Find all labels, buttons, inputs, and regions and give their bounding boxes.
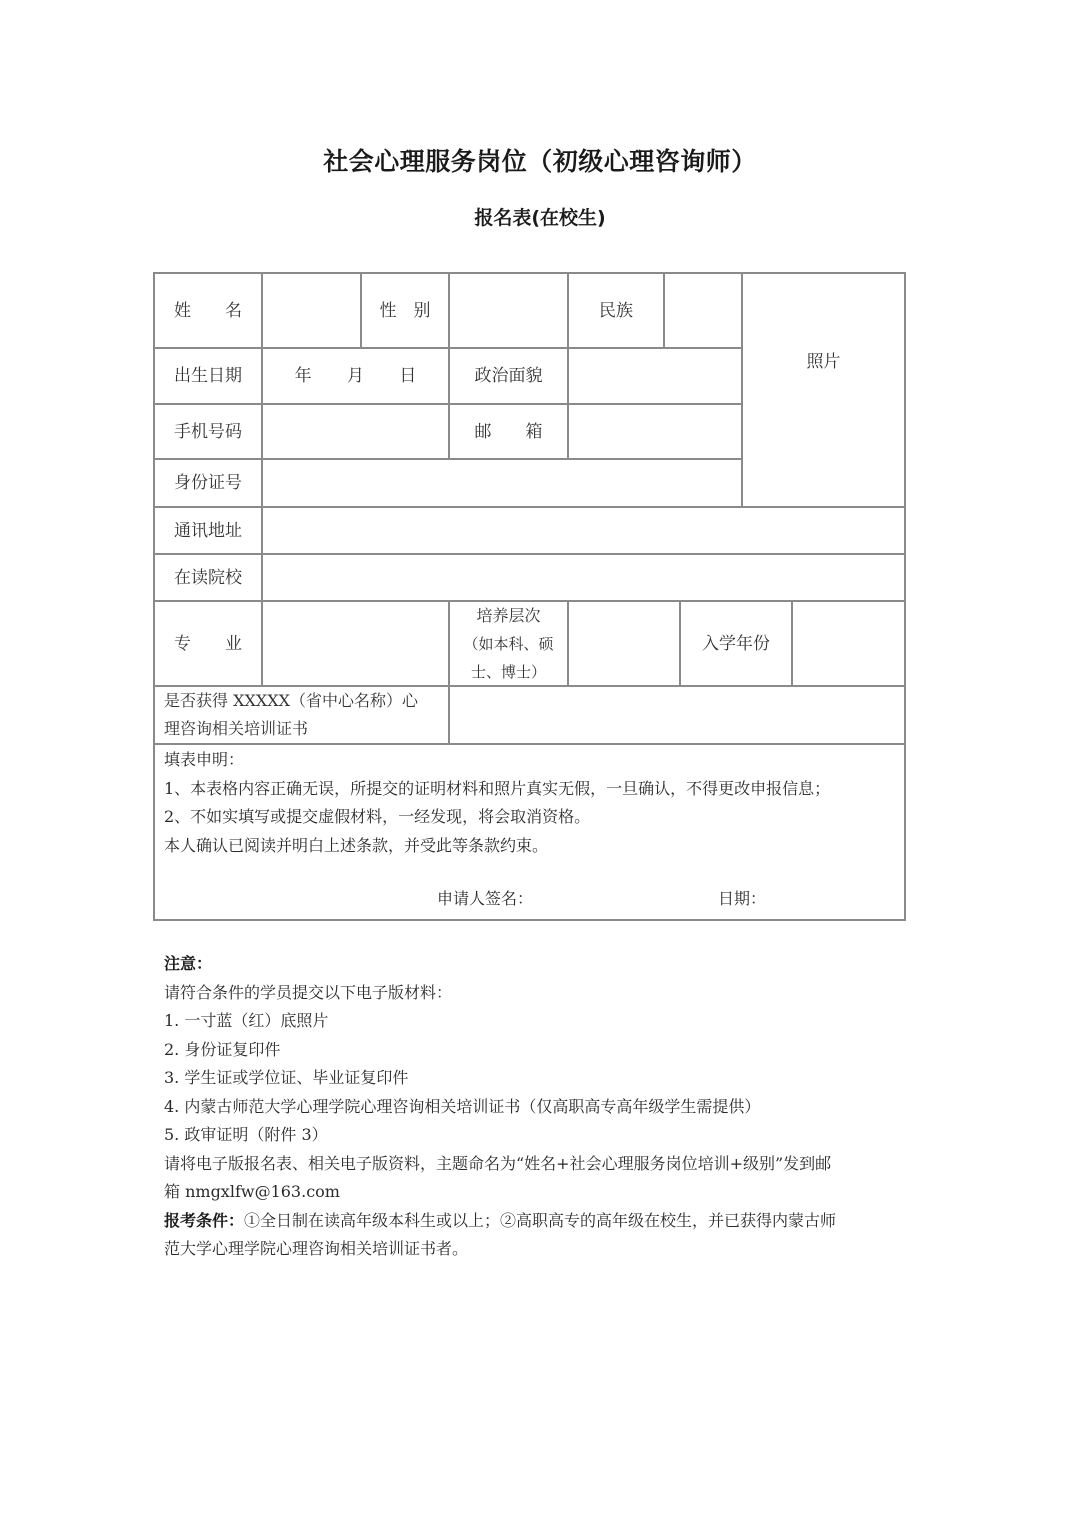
notes-intro: 请符合条件的学员提交以下电子版材料：	[164, 979, 924, 1008]
gender-label: 性 别	[362, 274, 448, 347]
email-label: 邮 箱	[450, 405, 567, 458]
signature-field[interactable]	[535, 882, 695, 910]
address-label: 通讯地址	[155, 508, 261, 553]
declaration-heading: 填表申明：	[164, 746, 904, 775]
address-field[interactable]	[263, 508, 904, 553]
certificate-field[interactable]	[450, 687, 904, 743]
submission-instructions-line2: 箱 nmgxlfw@163.com	[164, 1178, 924, 1207]
political-status-field[interactable]	[569, 349, 741, 403]
conditions-label: 报考条件：	[164, 1211, 244, 1230]
id-number-field[interactable]	[263, 460, 741, 506]
education-level-label-line1: 培养层次	[476, 602, 540, 630]
phone-field[interactable]	[263, 405, 448, 458]
date-field[interactable]	[768, 882, 898, 910]
declaration: 填表申明： 1、本表格内容正确无误，所提交的证明材料和照片真实无假，一旦确认，不…	[164, 746, 904, 860]
major-field[interactable]	[263, 602, 448, 685]
certificate-label: 是否获得 XXXXX（省中心名称）心 理咨询相关培训证书	[164, 687, 448, 743]
enrollment-year-field[interactable]	[793, 602, 904, 685]
declaration-item: 2、不如实填写或提交虚假材料，一经发现，将会取消资格。	[164, 803, 904, 832]
birth-year-label: 年	[295, 362, 312, 390]
document-title: 社会心理服务岗位（初级心理咨询师）	[0, 142, 1080, 178]
photo-box[interactable]: 照片	[743, 274, 904, 506]
conditions-line1: 报考条件：①全日制在读高年级本科生或以上；②高职高专的高年级在校生，并已获得内蒙…	[164, 1207, 924, 1236]
education-level-field[interactable]	[569, 602, 679, 685]
ethnicity-field[interactable]	[665, 274, 741, 347]
gender-field[interactable]	[450, 274, 567, 347]
table-border-bottom	[153, 919, 906, 921]
notes-heading: 注意：	[164, 950, 924, 979]
ethnicity-label: 民族	[569, 274, 663, 347]
date-label: 日期：	[718, 886, 766, 909]
school-field[interactable]	[263, 555, 904, 600]
major-label: 专 业	[155, 602, 261, 685]
notes-item: 5. 政审证明（附件 3）	[164, 1121, 924, 1150]
notes-item: 2. 身份证复印件	[164, 1036, 924, 1065]
certificate-label-line2: 理咨询相关培训证书	[164, 715, 308, 743]
enrollment-year-label: 入学年份	[681, 602, 791, 685]
birth-month-label: 月	[347, 362, 364, 390]
table-border-right	[904, 272, 906, 921]
conditions-line2: 范大学心理学院心理咨询相关培训证书者。	[164, 1235, 924, 1264]
photo-label: 照片	[807, 348, 841, 376]
education-level-label-line2: （如本科、硕	[463, 630, 553, 658]
education-level-label: 培养层次 （如本科、硕 士、博士）	[450, 602, 567, 685]
notes-item: 3. 学生证或学位证、毕业证复印件	[164, 1064, 924, 1093]
name-field[interactable]	[263, 274, 360, 347]
name-label: 姓 名	[155, 274, 261, 347]
political-status-label: 政治面貌	[450, 349, 567, 403]
notes-section: 注意： 请符合条件的学员提交以下电子版材料： 1. 一寸蓝（红）底照片 2. 身…	[164, 950, 924, 1264]
certificate-label-line1: 是否获得 XXXXX（省中心名称）心	[164, 687, 418, 715]
notes-item: 1. 一寸蓝（红）底照片	[164, 1007, 924, 1036]
id-number-label: 身份证号	[155, 460, 261, 506]
declaration-item: 1、本表格内容正确无误，所提交的证明材料和照片真实无假，一旦确认，不得更改申报信…	[164, 775, 904, 804]
row-divider	[153, 743, 906, 745]
document-subtitle: 报名表(在校生)	[0, 203, 1080, 230]
education-level-label-line3: 士、博士）	[471, 658, 546, 686]
email-field[interactable]	[569, 405, 741, 458]
notes-item: 4. 内蒙古师范大学心理学院心理咨询相关培训证书（仅高职高专高年级学生需提供）	[164, 1093, 924, 1122]
birth-date-field[interactable]: 年 月 日	[263, 349, 448, 403]
phone-label: 手机号码	[155, 405, 261, 458]
declaration-item: 本人确认已阅读并明白上述条款，并受此等条款约束。	[164, 832, 904, 861]
birth-date-label: 出生日期	[155, 349, 261, 403]
submission-instructions-line1: 请将电子版报名表、相关电子版资料，主题命名为“姓名+社会心理服务岗位培训+级别”…	[164, 1150, 924, 1179]
school-label: 在读院校	[155, 555, 261, 600]
birth-day-label: 日	[399, 362, 416, 390]
conditions-text: ①全日制在读高年级本科生或以上；②高职高专的高年级在校生，并已获得内蒙古师	[244, 1211, 836, 1230]
signature-label: 申请人签名：	[437, 886, 533, 909]
